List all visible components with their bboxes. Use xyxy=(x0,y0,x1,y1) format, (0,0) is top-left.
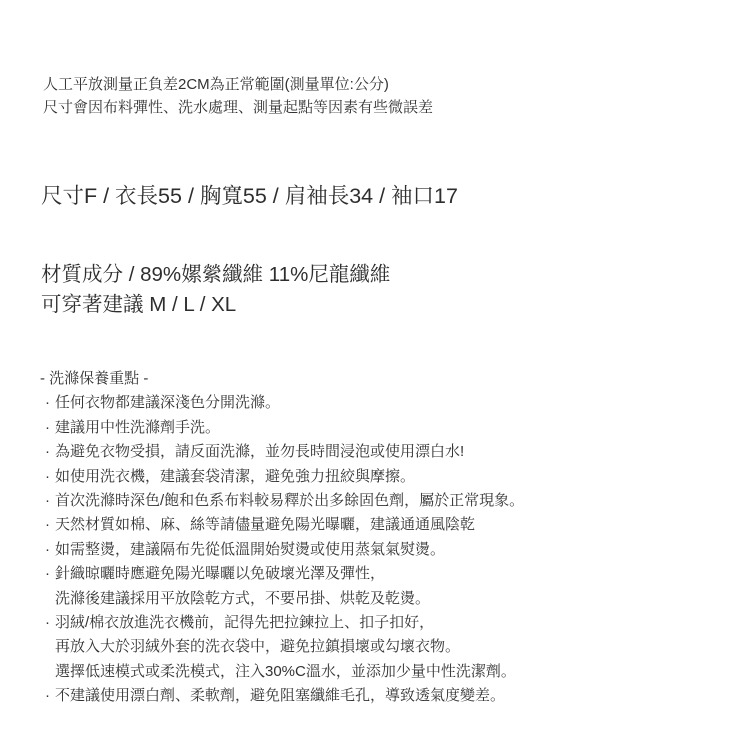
care-line: ·不建議使用漂白劑、柔軟劑，避免阻塞纖維毛孔，導致透氣度變差。 xyxy=(40,684,524,708)
care-line-text: 不建議使用漂白劑、柔軟劑，避免阻塞纖維毛孔，導致透氣度變差。 xyxy=(55,687,505,704)
care-line-text: 針織晾曬時應避免陽光曝曬以免破壞光澤及彈性， xyxy=(55,565,385,582)
bullet-dot: · xyxy=(45,538,55,562)
material-composition: 材質成分 / 89%嫘縈纖維 11%尼龍纖維 xyxy=(41,260,390,290)
care-line: ·針織晾曬時應避免陽光曝曬以免破壞光澤及彈性， xyxy=(40,562,524,586)
bullet-dot: · xyxy=(45,416,55,440)
bullet-dot: · xyxy=(45,513,55,537)
care-line: ·如需整燙，建議隔布先從低溫開始熨燙或使用蒸氣氣熨燙。 xyxy=(40,538,524,562)
care-line: ·建議用中性洗滌劑手洗。 xyxy=(40,416,524,440)
care-line: 選擇低速模式或柔洗模式，注入30%C溫水，並添加少量中性洗潔劑。 xyxy=(40,660,524,684)
care-line-text: 洗滌後建議採用平放陰乾方式，不要吊掛、烘乾及乾燙。 xyxy=(55,590,430,607)
care-line: 再放入大於羽絨外套的洗衣袋中，避免拉鎮損壞或勾壞衣物。 xyxy=(40,635,524,659)
care-line-text: 為避免衣物受損，請反面洗滌，並勿長時間浸泡或使用漂白水! xyxy=(55,443,464,460)
care-line: ·首次洗滌時深色/飽和色系布料較易釋於出多餘固色劑，屬於正常現象。 xyxy=(40,489,524,513)
care-line: ·如使用洗衣機，建議套袋清潔，避免強力扭絞與摩擦。 xyxy=(40,465,524,489)
bullet-dot: · xyxy=(45,440,55,464)
measurement-note-line2: 尺寸會因布料彈性、洗水處理、測量起點等因素有些微誤差 xyxy=(43,96,433,119)
care-line-text: 如需整燙，建議隔布先從低溫開始熨燙或使用蒸氣氣熨燙。 xyxy=(55,541,445,558)
care-heading: - 洗滌保養重點 - xyxy=(40,367,524,391)
care-line-text: 天然材質如棉、麻、絲等請儘量避免陽光曝曬，建議通通風陰乾 xyxy=(55,516,475,533)
product-description-page: { "page": { "background": "#ffffff", "te… xyxy=(0,0,750,750)
measurement-note: 人工平放測量正負差2CM為正常範圍(測量單位:公分) 尺寸會因布料彈性、洗水處理… xyxy=(43,73,433,119)
care-line-text: 首次洗滌時深色/飽和色系布料較易釋於出多餘固色劑，屬於正常現象。 xyxy=(55,492,524,509)
bullet-dot: · xyxy=(45,562,55,586)
bullet-dot: · xyxy=(45,489,55,513)
bullet-dot: · xyxy=(45,391,55,415)
measurement-note-line1: 人工平放測量正負差2CM為正常範圍(測量單位:公分) xyxy=(43,73,433,96)
care-line: ·天然材質如棉、麻、絲等請儘量避免陽光曝曬，建議通通風陰乾 xyxy=(40,513,524,537)
care-line-text: 任何衣物都建議深淺色分開洗滌。 xyxy=(55,394,280,411)
care-line-text: 選擇低速模式或柔洗模式，注入30%C溫水，並添加少量中性洗潔劑。 xyxy=(55,663,516,680)
care-line: ·任何衣物都建議深淺色分開洗滌。 xyxy=(40,391,524,415)
material-info: 材質成分 / 89%嫘縈纖維 11%尼龍纖維 可穿著建議 M / L / XL xyxy=(41,260,390,319)
care-lines-list: ·任何衣物都建議深淺色分開洗滌。·建議用中性洗滌劑手洗。·為避免衣物受損，請反面… xyxy=(40,391,524,708)
wear-suggestion: 可穿著建議 M / L / XL xyxy=(41,290,390,320)
bullet-dot: · xyxy=(45,465,55,489)
care-line: ·為避免衣物受損，請反面洗滌，並勿長時間浸泡或使用漂白水! xyxy=(40,440,524,464)
size-spec: 尺寸F / 衣長55 / 胸寬55 / 肩袖長34 / 袖口17 xyxy=(41,183,458,209)
care-instructions: - 洗滌保養重點 - ·任何衣物都建議深淺色分開洗滌。·建議用中性洗滌劑手洗。·… xyxy=(40,367,524,709)
bullet-dot: · xyxy=(45,611,55,635)
bullet-dot: · xyxy=(45,684,55,708)
care-line-text: 建議用中性洗滌劑手洗。 xyxy=(55,419,220,436)
care-line-text: 羽絨/棉衣放進洗衣機前，記得先把拉鍊拉上、扣子扣好， xyxy=(55,614,434,631)
care-line: 洗滌後建議採用平放陰乾方式，不要吊掛、烘乾及乾燙。 xyxy=(40,587,524,611)
care-line-text: 如使用洗衣機，建議套袋清潔，避免強力扭絞與摩擦。 xyxy=(55,468,415,485)
care-line-text: 再放入大於羽絨外套的洗衣袋中，避免拉鎮損壞或勾壞衣物。 xyxy=(55,638,460,655)
care-line: ·羽絨/棉衣放進洗衣機前，記得先把拉鍊拉上、扣子扣好， xyxy=(40,611,524,635)
